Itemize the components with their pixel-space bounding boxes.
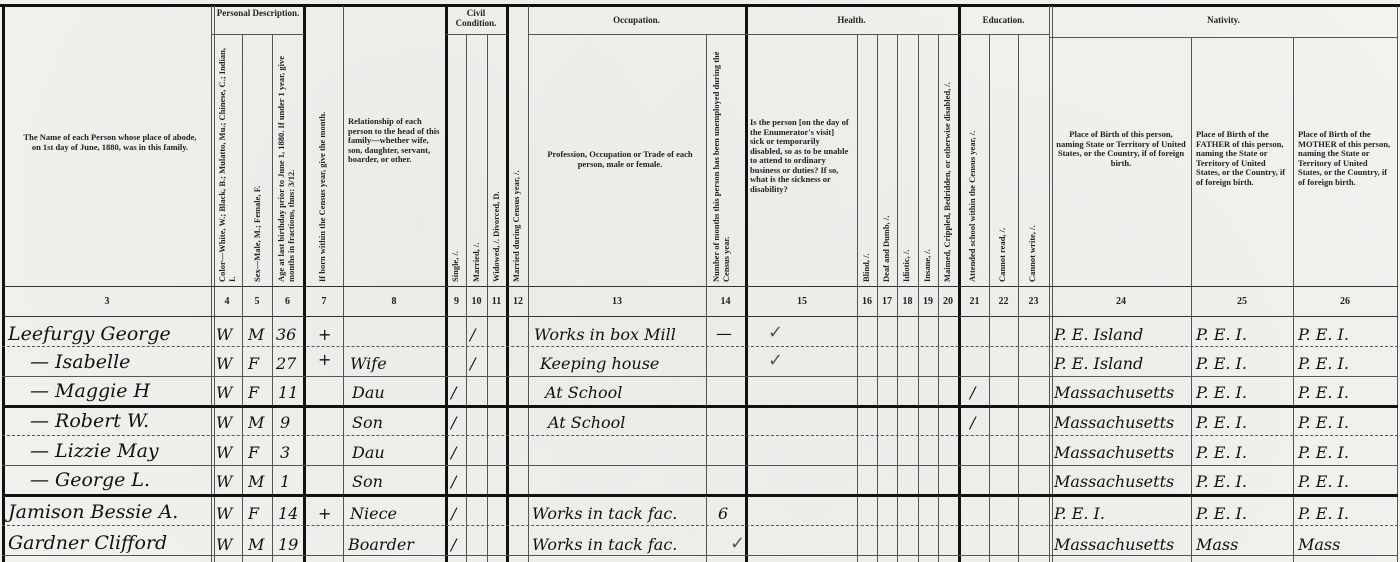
col-header-name: The Name of each Person whose place of a… xyxy=(20,133,200,152)
check-icon: ✓ xyxy=(768,322,783,343)
single-mark: / xyxy=(451,533,456,557)
age: 11 xyxy=(278,381,298,405)
birthplace: Massachusetts xyxy=(1054,411,1174,435)
occupation: Works in tack fac. xyxy=(532,533,677,557)
row-rule xyxy=(2,465,1398,466)
color: W xyxy=(216,352,232,376)
age: 19 xyxy=(278,533,298,557)
col-number: 8 xyxy=(343,296,445,307)
single-mark: / xyxy=(451,381,456,405)
col-header-mother-birthplace: Place of Birth of the MOTHER of this per… xyxy=(1298,130,1392,187)
mother-birthplace: P. E. I. xyxy=(1298,381,1349,405)
check-icon: ✓ xyxy=(768,350,783,371)
rule xyxy=(745,34,958,35)
person-name: — George L. xyxy=(30,468,150,492)
relationship: Wife xyxy=(350,352,387,376)
col-header-color: Color—White, W.; Black, B.; Mulatto, Mu.… xyxy=(218,42,237,282)
col-header-father-birthplace: Place of Birth of the FATHER of this per… xyxy=(1196,130,1288,187)
col-number: 9 xyxy=(447,296,466,307)
col-number: 20 xyxy=(938,296,958,307)
color: W xyxy=(216,323,232,347)
row-rule xyxy=(2,376,1398,377)
group-header-nativity: Nativity. xyxy=(1050,15,1397,25)
father-birthplace: P. E. I. xyxy=(1196,323,1247,347)
divider xyxy=(343,6,344,562)
occupation: Keeping house xyxy=(540,352,659,376)
age: 14 xyxy=(278,502,298,526)
birthplace: P. E. I. xyxy=(1054,502,1105,526)
relationship: Niece xyxy=(350,502,397,526)
person-name: Leefurgy George xyxy=(8,322,171,346)
relationship: Dau xyxy=(352,381,385,405)
occupation: Works in box Mill xyxy=(534,323,676,347)
col-number: 4 xyxy=(212,296,242,307)
col-number: 16 xyxy=(857,296,877,307)
father-birthplace: P. E. I. xyxy=(1196,441,1247,465)
sex: F xyxy=(248,441,259,465)
col-number: 3 xyxy=(2,296,212,307)
birthplace: Massachusetts xyxy=(1054,470,1174,494)
father-birthplace: P. E. I. xyxy=(1196,411,1247,435)
birthplace: P. E. Island xyxy=(1054,323,1143,347)
birthplace: Massachusetts xyxy=(1054,533,1174,557)
col-header-sickness: Is the person [on the day of the Enumera… xyxy=(750,118,850,194)
col-number: 7 xyxy=(305,296,343,307)
row-rule xyxy=(2,435,1398,436)
col-header-sex: Sex—Male, M.; Female, F. xyxy=(253,186,263,282)
married-mark: / xyxy=(470,323,475,347)
col-number: 21 xyxy=(960,296,989,307)
relationship: Dau xyxy=(352,441,385,465)
top-rule xyxy=(0,4,1400,7)
row-rule xyxy=(2,555,1398,556)
col-number: 22 xyxy=(989,296,1018,307)
col-header-single: Single, /. xyxy=(451,251,461,282)
born-in-year-mark: + xyxy=(318,350,331,369)
col-header-unemployed: Number of months this person has been un… xyxy=(712,42,731,282)
single-mark: / xyxy=(451,502,456,526)
person-name: — Robert W. xyxy=(30,409,149,433)
color: W xyxy=(216,441,232,465)
single-mark: / xyxy=(451,470,456,494)
col-number: 26 xyxy=(1293,296,1397,307)
col-header-widowed: Widowed, /. Divorced, D. xyxy=(492,191,502,282)
relationship: Son xyxy=(352,470,383,494)
col-number: 10 xyxy=(466,296,487,307)
divider xyxy=(745,6,748,562)
sex: M xyxy=(248,533,264,557)
color: W xyxy=(216,533,232,557)
divider xyxy=(506,6,509,562)
father-birthplace: P. E. I. xyxy=(1196,470,1247,494)
father-birthplace: P. E. I. xyxy=(1196,381,1247,405)
age: 3 xyxy=(280,441,290,465)
divider xyxy=(445,6,448,562)
relationship: Son xyxy=(352,411,383,435)
born-in-year-mark: + xyxy=(318,325,331,344)
col-number: 17 xyxy=(877,296,897,307)
rule xyxy=(958,34,1049,35)
col-number: 23 xyxy=(1018,296,1049,307)
col-number: 13 xyxy=(528,296,706,307)
person-name: — Isabelle xyxy=(30,350,130,374)
color: W xyxy=(216,502,232,526)
col-number: 15 xyxy=(747,296,857,307)
occupation: At School xyxy=(545,381,622,405)
single-mark: / xyxy=(451,411,456,435)
col-header-married-during-year: Married during Census year, /. xyxy=(512,170,522,282)
row-rule xyxy=(2,346,1398,347)
col-header-age: Age at last birthday prior to June 1, 18… xyxy=(277,37,296,282)
col-header-insane: Insane, /. xyxy=(923,249,933,282)
father-birthplace: P. E. I. xyxy=(1196,352,1247,376)
divider xyxy=(303,6,306,562)
rule xyxy=(528,34,745,35)
divider xyxy=(528,6,529,562)
occupation: Works in tack fac. xyxy=(532,502,677,526)
rule xyxy=(446,34,506,35)
sex: F xyxy=(248,352,259,376)
col-number: 12 xyxy=(508,296,528,307)
person-name: — Lizzie May xyxy=(30,439,159,463)
col-number: 18 xyxy=(897,296,918,307)
school-mark: / xyxy=(970,411,975,435)
divider xyxy=(1049,6,1053,562)
unemployed-mark: — xyxy=(716,324,732,343)
age: 36 xyxy=(276,323,296,347)
divider xyxy=(2,6,5,562)
group-header-health: Health. xyxy=(745,15,958,25)
col-number: 25 xyxy=(1191,296,1293,307)
birthplace: Massachusetts xyxy=(1054,441,1174,465)
col-header-attended-school: Attended school within the Census year, … xyxy=(968,131,978,282)
birthplace: Massachusetts xyxy=(1054,381,1174,405)
color: W xyxy=(216,411,232,435)
family-rule xyxy=(2,405,1398,408)
family-rule xyxy=(2,494,1398,497)
mother-birthplace: P. E. I. xyxy=(1298,352,1349,376)
sex: M xyxy=(248,470,264,494)
age: 27 xyxy=(276,352,296,376)
col-header-birthplace: Place of Birth of this person, naming St… xyxy=(1056,130,1186,168)
col-number: 19 xyxy=(918,296,938,307)
mother-birthplace: P. E. I. xyxy=(1298,411,1349,435)
divider xyxy=(1397,6,1398,562)
married-mark: / xyxy=(470,352,475,376)
sex: M xyxy=(248,411,264,435)
col-number: 24 xyxy=(1051,296,1191,307)
born-in-year-mark: + xyxy=(318,504,331,523)
person-name: — Maggie H xyxy=(30,379,150,403)
person-name: Gardner Clifford xyxy=(8,531,167,555)
father-birthplace: Mass xyxy=(1196,533,1238,557)
rule xyxy=(212,34,304,35)
father-birthplace: P. E. I. xyxy=(1196,502,1247,526)
col-header-blind: Blind, /. xyxy=(862,253,872,282)
sex: M xyxy=(248,323,264,347)
col-number: 14 xyxy=(706,296,745,307)
mother-birthplace: P. E. I. xyxy=(1298,323,1349,347)
group-header-personal-description: Personal Description. xyxy=(212,8,304,18)
mother-birthplace: P. E. I. xyxy=(1298,470,1349,494)
color: W xyxy=(216,470,232,494)
col-header-married: Married, /. xyxy=(472,243,482,282)
person-name: Jamison Bessie A. xyxy=(8,500,178,524)
sex: F xyxy=(248,502,259,526)
col-header-occupation: Profession, Occupation or Trade of each … xyxy=(540,150,700,169)
col-number: 5 xyxy=(242,296,272,307)
mother-birthplace: Mass xyxy=(1298,533,1340,557)
rule xyxy=(2,286,1398,287)
col-number: 11 xyxy=(487,296,506,307)
age: 9 xyxy=(280,411,290,435)
mother-birthplace: P. E. I. xyxy=(1298,441,1349,465)
color: W xyxy=(216,381,232,405)
col-header-cannot-write: Cannot write, /. xyxy=(1028,225,1038,282)
census-sheet: Personal Description. Civil Condition. O… xyxy=(0,0,1400,562)
age: 1 xyxy=(280,470,290,494)
check-icon: ✓ xyxy=(730,533,745,554)
mother-birthplace: P. E. I. xyxy=(1298,502,1349,526)
col-header-maimed: Maimed, Crippled, Bedridden, or otherwis… xyxy=(943,82,953,282)
group-header-education: Education. xyxy=(958,15,1049,25)
birthplace: P. E. Island xyxy=(1054,352,1143,376)
divider xyxy=(211,6,215,562)
row-rule xyxy=(2,525,1398,526)
col-header-born-in-year: If born within the Census year, give the… xyxy=(318,112,328,282)
rule xyxy=(2,316,1398,317)
school-mark: / xyxy=(970,381,975,405)
col-header-cannot-read: Cannot read, /. xyxy=(998,228,1008,282)
col-header-deaf-dumb: Deaf and Dumb, /. xyxy=(882,216,892,282)
col-header-relationship: Relationship of each person to the head … xyxy=(348,117,442,165)
unemployed-months: 6 xyxy=(718,502,728,526)
single-mark: / xyxy=(451,441,456,465)
relationship: Boarder xyxy=(348,533,414,557)
sex: F xyxy=(248,381,259,405)
col-header-idiotic: Idiotic, /. xyxy=(902,250,912,282)
occupation: At School xyxy=(548,411,625,435)
group-header-occupation: Occupation. xyxy=(528,15,745,25)
col-number: 6 xyxy=(272,296,303,307)
divider xyxy=(958,6,961,562)
rule xyxy=(1050,37,1397,38)
group-header-civil-condition: Civil Condition. xyxy=(446,8,506,28)
